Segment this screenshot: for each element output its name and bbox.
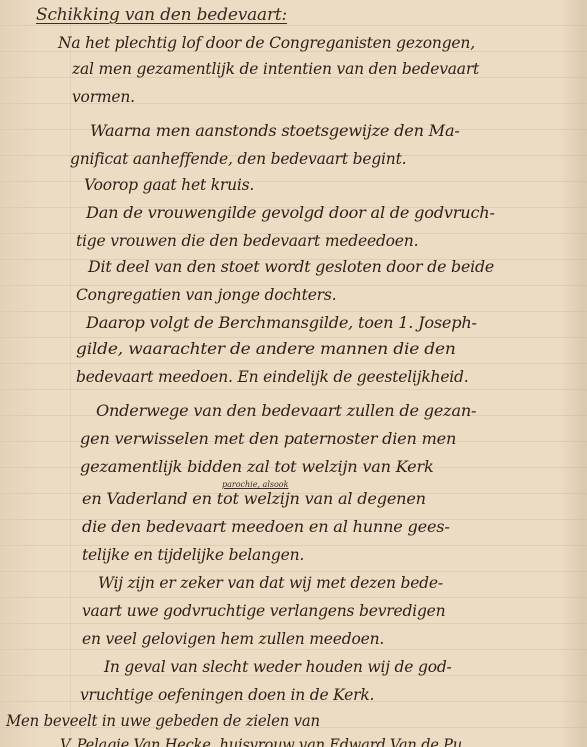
text-line-5: gnificat aanheffende, den bedevaart begi… (70, 150, 406, 168)
text-line-10: Congregatien van jonge dochters. (76, 286, 336, 304)
text-line-11: Daarop volgt de Berchmansgilde, toen 1. … (86, 314, 477, 332)
handwritten-manuscript-page: Schikking van den bedevaart: Na het plec… (0, 0, 587, 747)
text-line-22: en veel gelovigen hem zullen meedoen. (82, 630, 384, 648)
text-line-8: tige vrouwen die den bedevaart medeedoen… (76, 232, 418, 250)
text-line-24: vruchtige oefeningen doen in de Kerk. (80, 686, 374, 704)
text-line-17: en Vaderland en tot welzijn van al degen… (82, 490, 426, 508)
text-line-1: Na het plechtig lof door de Congreganist… (58, 34, 475, 52)
text-line-14: Onderwege van den bedevaart zullen de ge… (96, 402, 476, 420)
text-line-26: V. Pelagie Van Hecke, huisvrouw van Edwa… (60, 736, 475, 747)
text-line-19: telijke en tijdelijke belangen. (82, 546, 304, 564)
text-line-3: vormen. (72, 88, 135, 106)
text-line-7: Dan de vrouwengilde gevolgd door al de g… (86, 204, 495, 222)
text-line-25: Men beveelt in uwe gebeden de zielen van (6, 712, 320, 730)
interlinear-insertion-note: parochie, alsook (222, 480, 288, 489)
text-line-12: gilde, waarachter de andere mannen die d… (76, 340, 456, 358)
text-line-18: die den bedevaart meedoen en al hunne ge… (82, 518, 450, 536)
document-title: Schikking van den bedevaart: (36, 5, 287, 25)
text-line-4: Waarna men aanstonds stoetsgewijze den M… (90, 122, 460, 140)
text-line-13: bedevaart meedoen. En eindelijk de geest… (76, 368, 469, 386)
text-line-6: Voorop gaat het kruis. (84, 176, 254, 194)
text-line-23: In geval van slecht weder houden wij de … (104, 658, 452, 676)
page-margin-line (70, 0, 71, 747)
text-line-21: vaart uwe godvruchtige verlangens bevred… (82, 602, 445, 620)
text-line-15: gen verwisselen met den paternoster dien… (80, 430, 456, 448)
text-line-16: gezamentlijk bidden zal tot welzijn van … (80, 458, 434, 476)
text-line-9: Dit deel van den stoet wordt gesloten do… (88, 258, 494, 276)
text-line-2: zal men gezamentlijk de intentien van de… (72, 60, 479, 78)
text-line-20: Wij zijn er zeker van dat wij met dezen … (98, 574, 443, 592)
